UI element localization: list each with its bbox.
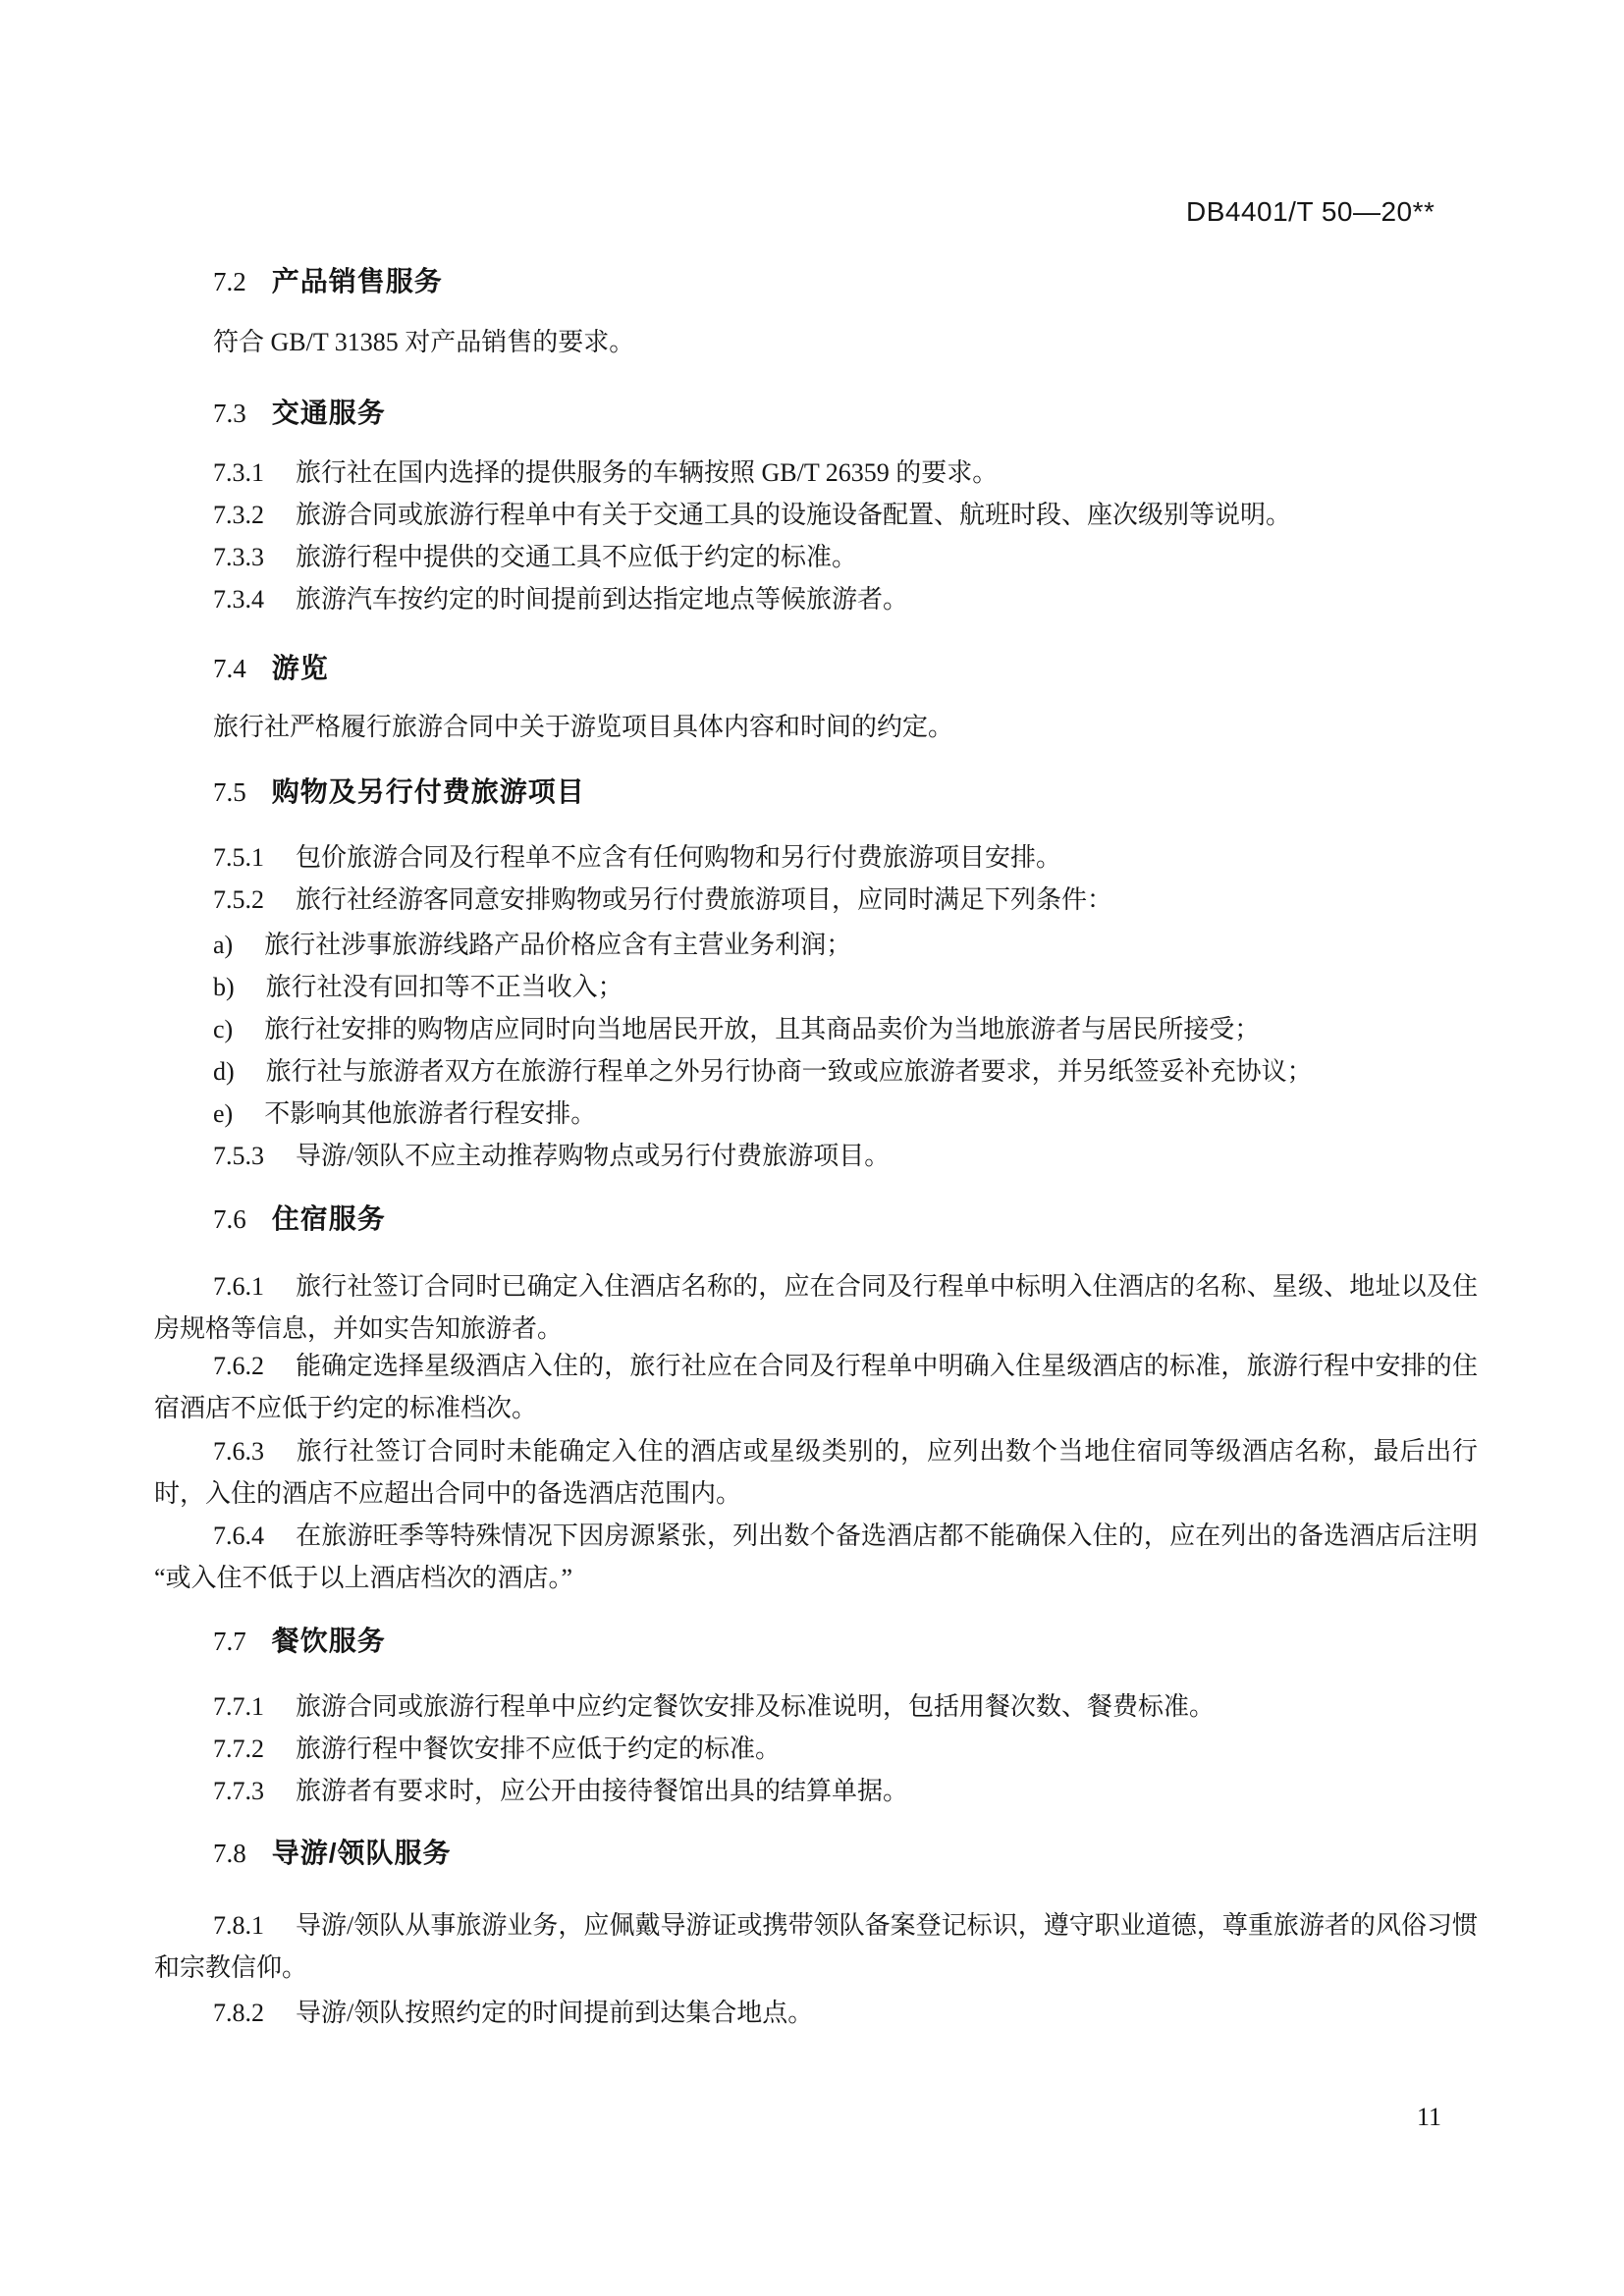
section-title: 游览: [272, 653, 329, 683]
clause-7-3-2: 7.3.2旅游合同或旅游行程单中有关于交通工具的设施设备配置、航班时段、座次级别…: [154, 494, 1478, 536]
clause-7-3-4: 7.3.4旅游汽车按约定的时间提前到达指定地点等候旅游者。: [154, 578, 1478, 620]
clause-7-5-2: 7.5.2旅行社经游客同意安排购物或另行付费旅游项目，应同时满足下列条件：: [154, 879, 1478, 921]
list-item-letter: d): [213, 1057, 235, 1086]
clause-7-6-1: 7.6.1旅行社签订合同时已确定入住酒店名称的，应在合同及行程单中标明入住酒店的…: [154, 1265, 1478, 1350]
list-item-text: 旅行社安排的购物店应同时向当地居民开放，且其商品卖价为当地旅游者与居民所接受；: [264, 1015, 1260, 1043]
clause-number: 7.7.2: [213, 1735, 264, 1763]
clause-number: 7.5.2: [213, 885, 264, 914]
paragraph-7-2: 符合 GB/T 31385 对产品销售的要求。: [154, 321, 1478, 363]
clause-text: 旅游行程中餐饮安排不应低于约定的标准。: [296, 1735, 781, 1763]
list-item-letter: a): [213, 931, 233, 959]
clause-number: 7.3.1: [213, 458, 264, 487]
clause-text: 能确定选择星级酒店入住的，旅行社应在合同及行程单中明确入住星级酒店的标准，旅游行…: [154, 1352, 1478, 1422]
list-item-letter: e): [213, 1099, 233, 1128]
paragraph-7-4: 旅行社严格履行旅游合同中关于游览项目具体内容和时间的约定。: [154, 706, 1478, 748]
list-item-c: c)旅行社安排的购物店应同时向当地居民开放，且其商品卖价为当地旅游者与居民所接受…: [154, 1008, 1478, 1050]
section-number: 7.6: [213, 1204, 246, 1234]
section-title: 导游/领队服务: [272, 1838, 452, 1868]
document-page: DB4401/T 50—20** 7.2产品销售服务 符合 GB/T 31385…: [0, 0, 1624, 2296]
list-item-d: d)旅行社与旅游者双方在旅游行程单之外另行协商一致或应旅游者要求，并另纸签妥补充…: [154, 1050, 1478, 1093]
clause-text: 旅行社经游客同意安排购物或另行付费旅游项目，应同时满足下列条件：: [296, 885, 1112, 914]
clause-number: 7.3.4: [213, 585, 264, 614]
section-number: 7.7: [213, 1627, 246, 1656]
list-item-b: b)旅行社没有回扣等不正当收入；: [154, 966, 1478, 1008]
clause-number: 7.5.1: [213, 843, 264, 872]
section-heading-7-5: 7.5购物及另行付费旅游项目: [154, 771, 1478, 814]
clause-number: 7.6.1: [213, 1272, 264, 1301]
section-heading-7-4: 7.4游览: [154, 647, 1478, 690]
clause-7-8-1: 7.8.1导游/领队从事旅游业务，应佩戴导游证或携带领队备案登记标识，遵守职业道…: [154, 1904, 1478, 1989]
clause-text: 旅游合同或旅游行程单中有关于交通工具的设施设备配置、航班时段、座次级别等说明。: [296, 501, 1291, 529]
section-heading-7-8: 7.8导游/领队服务: [154, 1832, 1478, 1875]
section-number: 7.4: [213, 654, 246, 683]
clause-7-3-3: 7.3.3旅游行程中提供的交通工具不应低于约定的标准。: [154, 536, 1478, 578]
list-item-a: a)旅行社涉事旅游线路产品价格应含有主营业务利润；: [154, 924, 1478, 966]
clause-text: 导游/领队不应主动推荐购物点或另行付费旅游项目。: [296, 1142, 890, 1170]
clause-number: 7.7.1: [213, 1692, 264, 1721]
section-title: 餐饮服务: [272, 1626, 386, 1656]
list-item-letter: c): [213, 1015, 233, 1043]
section-title: 住宿服务: [272, 1203, 386, 1234]
clause-7-6-4: 7.6.4在旅游旺季等特殊情况下因房源紧张，列出数个备选酒店都不能确保入住的，应…: [154, 1515, 1478, 1599]
section-title: 购物及另行付费旅游项目: [272, 776, 585, 807]
clause-number: 7.6.2: [213, 1352, 264, 1380]
page-number: 11: [1417, 2105, 1441, 2130]
clause-7-3-1: 7.3.1旅行社在国内选择的提供服务的车辆按照 GB/T 26359 的要求。: [154, 452, 1478, 494]
clause-text: 旅游汽车按约定的时间提前到达指定地点等候旅游者。: [296, 585, 908, 614]
section-number: 7.2: [213, 267, 246, 296]
clause-7-7-2: 7.7.2旅游行程中餐饮安排不应低于约定的标准。: [154, 1728, 1478, 1770]
clause-number: 7.5.3: [213, 1142, 264, 1170]
clause-number: 7.3.2: [213, 501, 264, 529]
clause-7-8-2: 7.8.2导游/领队按照约定的时间提前到达集合地点。: [154, 1992, 1478, 2034]
clause-7-7-3: 7.7.3旅游者有要求时，应公开由接待餐馆出具的结算单据。: [154, 1770, 1478, 1812]
list-item-letter: b): [213, 973, 235, 1001]
clause-text: 导游/领队按照约定的时间提前到达集合地点。: [296, 1999, 813, 2027]
clause-7-7-1: 7.7.1旅游合同或旅游行程单中应约定餐饮安排及标准说明，包括用餐次数、餐费标准…: [154, 1685, 1478, 1728]
list-item-text: 旅行社涉事旅游线路产品价格应含有主营业务利润；: [264, 931, 851, 959]
clause-text: 包价旅游合同及行程单不应含有任何购物和另行付费旅游项目安排。: [296, 843, 1061, 872]
clause-7-6-3: 7.6.3旅行社签订合同时未能确定入住的酒店或星级类别的，应列出数个当地住宿同等…: [154, 1430, 1478, 1515]
clause-number: 7.8.2: [213, 1999, 264, 2027]
clause-text: 在旅游旺季等特殊情况下因房源紧张，列出数个备选酒店都不能确保入住的，应在列出的备…: [154, 1522, 1478, 1592]
clause-text: 旅行社签订合同时已确定入住酒店名称的，应在合同及行程单中标明入住酒店的名称、星级…: [154, 1272, 1478, 1343]
clause-text: 旅游者有要求时，应公开由接待餐馆出具的结算单据。: [296, 1777, 908, 1805]
list-item-text: 旅行社与旅游者双方在旅游行程单之外另行协商一致或应旅游者要求，并另纸签妥补充协议…: [266, 1057, 1313, 1086]
clause-number: 7.6.3: [213, 1437, 264, 1466]
clause-text: 旅行社签订合同时未能确定入住的酒店或星级类别的，应列出数个当地住宿同等级酒店名称…: [154, 1437, 1478, 1508]
section-heading-7-2: 7.2产品销售服务: [154, 260, 1478, 303]
section-title: 交通服务: [272, 398, 386, 428]
clause-text: 旅游合同或旅游行程单中应约定餐饮安排及标准说明，包括用餐次数、餐费标准。: [296, 1692, 1215, 1721]
clause-number: 7.6.4: [213, 1522, 264, 1550]
list-item-e: e)不影响其他旅游者行程安排。: [154, 1093, 1478, 1135]
section-number: 7.8: [213, 1839, 246, 1868]
clause-number: 7.8.1: [213, 1911, 264, 1940]
standard-code-header: DB4401/T 50—20**: [1186, 196, 1435, 228]
clause-number: 7.3.3: [213, 543, 264, 571]
section-number: 7.3: [213, 399, 246, 428]
section-heading-7-3: 7.3交通服务: [154, 392, 1478, 435]
list-item-text: 不影响其他旅游者行程安排。: [264, 1099, 596, 1128]
clause-7-5-1: 7.5.1包价旅游合同及行程单不应含有任何购物和另行付费旅游项目安排。: [154, 836, 1478, 879]
clause-text: 旅行社在国内选择的提供服务的车辆按照 GB/T 26359 的要求。: [296, 458, 998, 487]
section-heading-7-6: 7.6住宿服务: [154, 1198, 1478, 1241]
section-title: 产品销售服务: [272, 266, 443, 296]
section-heading-7-7: 7.7餐饮服务: [154, 1620, 1478, 1663]
clause-number: 7.7.3: [213, 1777, 264, 1805]
clause-text: 旅游行程中提供的交通工具不应低于约定的标准。: [296, 543, 857, 571]
section-number: 7.5: [213, 777, 246, 807]
clause-7-5-3: 7.5.3导游/领队不应主动推荐购物点或另行付费旅游项目。: [154, 1135, 1478, 1177]
list-item-text: 旅行社没有回扣等不正当收入；: [266, 973, 623, 1001]
clause-7-6-2: 7.6.2能确定选择星级酒店入住的，旅行社应在合同及行程单中明确入住星级酒店的标…: [154, 1345, 1478, 1429]
clause-text: 导游/领队从事旅游业务，应佩戴导游证或携带领队备案登记标识，遵守职业道德，尊重旅…: [154, 1911, 1478, 1982]
